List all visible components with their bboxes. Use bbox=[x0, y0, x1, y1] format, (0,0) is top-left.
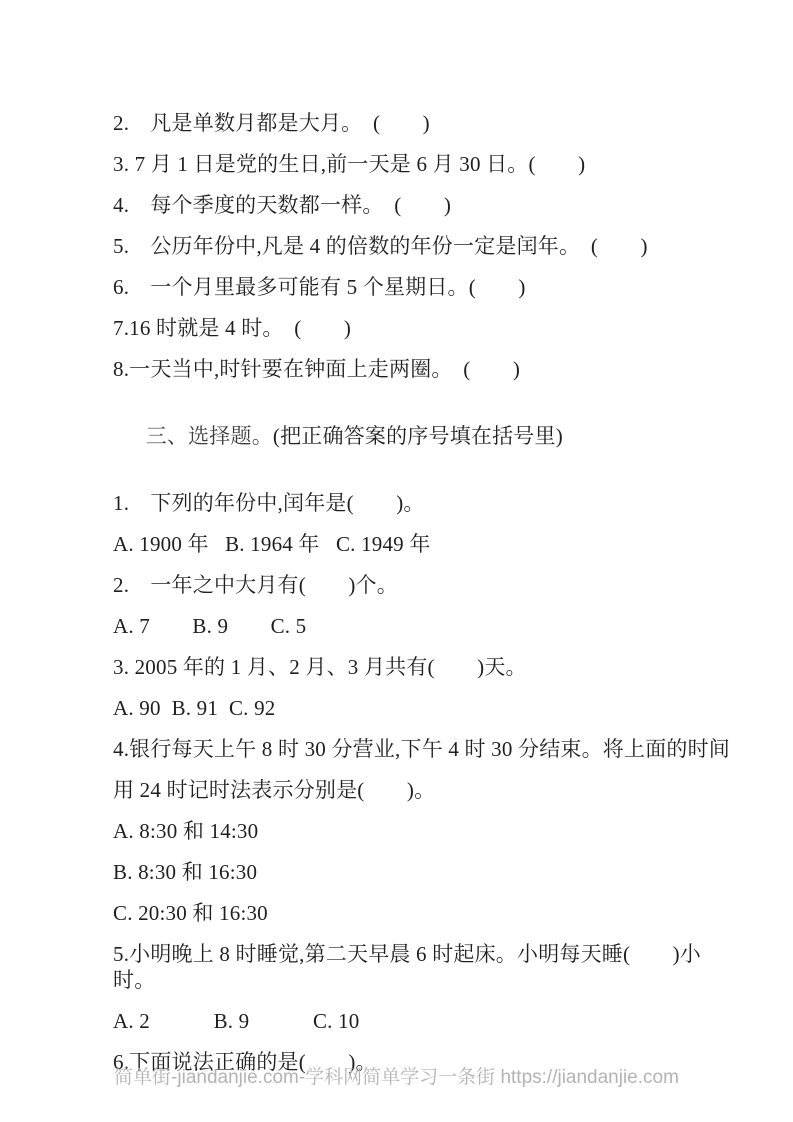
choice-q2-options: A. 7 B. 9 C. 5 bbox=[113, 613, 738, 639]
choice-q2-stem: 2. 一年之中大月有( )个。 bbox=[113, 572, 738, 598]
judge-item-4: 4. 每个季度的天数都一样。 ( ) bbox=[113, 192, 738, 218]
section-heading: 三、选择题。(把正确答案的序号填在括号里) bbox=[113, 397, 738, 475]
judge-item-8: 8.一天当中,时针要在钟面上走两圈。 ( ) bbox=[113, 356, 738, 382]
choice-q4-option-a: A. 8:30 和 14:30 bbox=[113, 818, 738, 844]
choice-q4-option-c: C. 20:30 和 16:30 bbox=[113, 900, 738, 926]
choice-q4-stem-line1: 4.银行每天上午 8 时 30 分营业,下午 4 时 30 分结束。将上面的时间 bbox=[113, 736, 738, 762]
worksheet-page: 2. 凡是单数月都是大月。 ( ) 3. 7 月 1 日是党的生日,前一天是 6… bbox=[0, 0, 793, 1122]
choice-q5-stem: 5.小明晚上 8 时睡觉,第二天早晨 6 时起床。小明每天睡( )小时。 bbox=[113, 941, 738, 993]
judge-item-6: 6. 一个月里最多可能有 5 个星期日。( ) bbox=[113, 274, 738, 300]
choice-q1-stem: 1. 下列的年份中,闰年是( )。 bbox=[113, 490, 738, 516]
choice-q1-options: A. 1900 年 B. 1964 年 C. 1949 年 bbox=[113, 531, 738, 557]
worksheet-content: 2. 凡是单数月都是大月。 ( ) 3. 7 月 1 日是党的生日,前一天是 6… bbox=[113, 110, 738, 1090]
choice-q4-option-b: B. 8:30 和 16:30 bbox=[113, 859, 738, 885]
choice-q5-options: A. 2 B. 9 C. 10 bbox=[113, 1008, 738, 1034]
judge-item-7: 7.16 时就是 4 时。 ( ) bbox=[113, 315, 738, 341]
choice-q3-options: A. 90 B. 91 C. 92 bbox=[113, 695, 738, 721]
judge-item-2: 2. 凡是单数月都是大月。 ( ) bbox=[113, 110, 738, 136]
section-heading-label: 三、选择题。 bbox=[146, 424, 273, 448]
choice-q3-stem: 3. 2005 年的 1 月、2 月、3 月共有( )天。 bbox=[113, 654, 738, 680]
judge-item-3: 3. 7 月 1 日是党的生日,前一天是 6 月 30 日。( ) bbox=[113, 151, 738, 177]
choice-q4-stem-line2: 用 24 时记时法表示分别是( )。 bbox=[113, 777, 738, 803]
watermark: 简单街-jiandanjie.com-学科网简单学习一条街 https://ji… bbox=[0, 1062, 793, 1089]
section-heading-note: (把正确答案的序号填在括号里) bbox=[273, 424, 563, 448]
judge-item-5: 5. 公历年份中,凡是 4 的倍数的年份一定是闰年。 ( ) bbox=[113, 233, 738, 259]
